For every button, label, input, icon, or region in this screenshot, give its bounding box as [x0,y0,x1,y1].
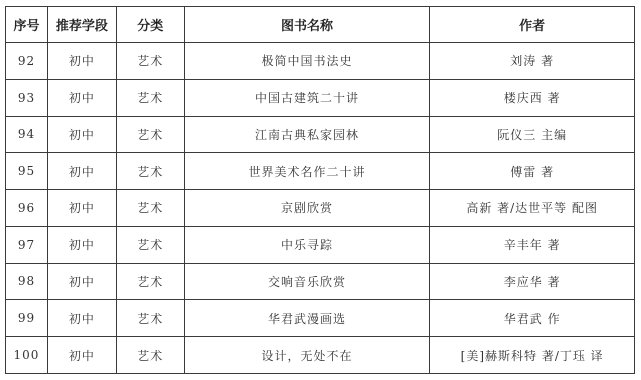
cell-author: 傅雷 著 [430,153,635,190]
cell-number: 95 [6,153,48,190]
cell-number: 96 [6,190,48,227]
cell-category: 艺术 [116,116,184,153]
table-row: 96 初中 艺术 京剧欣赏 高新 著/达世平等 配图 [6,190,635,227]
cell-category: 艺术 [116,43,184,80]
cell-stage: 初中 [47,43,116,80]
cell-category: 艺术 [116,226,184,263]
header-number: 序号 [6,7,48,43]
cell-category: 艺术 [116,190,184,227]
cell-stage: 初中 [47,116,116,153]
table-row: 99 初中 艺术 华君武漫画选 华君武 作 [6,300,635,337]
cell-author: 高新 著/达世平等 配图 [430,190,635,227]
cell-title: 交响音乐欣赏 [184,263,430,300]
table-row: 100 初中 艺术 设计，无处不在 [美]赫斯科特 著/丁珏 译 [6,337,635,374]
cell-stage: 初中 [47,300,116,337]
cell-title: 江南古典私家园林 [184,116,430,153]
cell-title: 设计，无处不在 [184,337,430,374]
cell-stage: 初中 [47,263,116,300]
cell-author: 辛丰年 著 [430,226,635,263]
cell-number: 93 [6,79,48,116]
cell-category: 艺术 [116,263,184,300]
cell-stage: 初中 [47,190,116,227]
table-row: 97 初中 艺术 中乐寻踪 辛丰年 著 [6,226,635,263]
cell-author: 楼庆西 著 [430,79,635,116]
cell-title: 世界美术名作二十讲 [184,153,430,190]
cell-author: 华君武 作 [430,300,635,337]
cell-author: [美]赫斯科特 著/丁珏 译 [430,337,635,374]
cell-number: 100 [6,337,48,374]
cell-title: 中国古建筑二十讲 [184,79,430,116]
table-header-row: 序号 推荐学段 分类 图书名称 作者 [6,7,635,43]
header-category: 分类 [116,7,184,43]
table-row: 98 初中 艺术 交响音乐欣赏 李应华 著 [6,263,635,300]
cell-category: 艺术 [116,79,184,116]
header-stage: 推荐学段 [47,7,116,43]
book-list-table: 序号 推荐学段 分类 图书名称 作者 92 初中 艺术 极简中国书法史 刘涛 著… [5,6,635,374]
cell-number: 97 [6,226,48,263]
cell-stage: 初中 [47,79,116,116]
table-row: 93 初中 艺术 中国古建筑二十讲 楼庆西 著 [6,79,635,116]
cell-title: 华君武漫画选 [184,300,430,337]
cell-stage: 初中 [47,226,116,263]
cell-category: 艺术 [116,153,184,190]
table-row: 95 初中 艺术 世界美术名作二十讲 傅雷 著 [6,153,635,190]
cell-category: 艺术 [116,300,184,337]
cell-title: 京剧欣赏 [184,190,430,227]
header-title: 图书名称 [184,7,430,43]
table-row: 94 初中 艺术 江南古典私家园林 阮仪三 主编 [6,116,635,153]
cell-number: 92 [6,43,48,80]
cell-title: 中乐寻踪 [184,226,430,263]
cell-author: 刘涛 著 [430,43,635,80]
cell-author: 阮仪三 主编 [430,116,635,153]
header-author: 作者 [430,7,635,43]
cell-category: 艺术 [116,337,184,374]
cell-stage: 初中 [47,153,116,190]
cell-number: 98 [6,263,48,300]
cell-number: 99 [6,300,48,337]
cell-title: 极简中国书法史 [184,43,430,80]
cell-stage: 初中 [47,337,116,374]
table-row: 92 初中 艺术 极简中国书法史 刘涛 著 [6,43,635,80]
cell-number: 94 [6,116,48,153]
cell-author: 李应华 著 [430,263,635,300]
